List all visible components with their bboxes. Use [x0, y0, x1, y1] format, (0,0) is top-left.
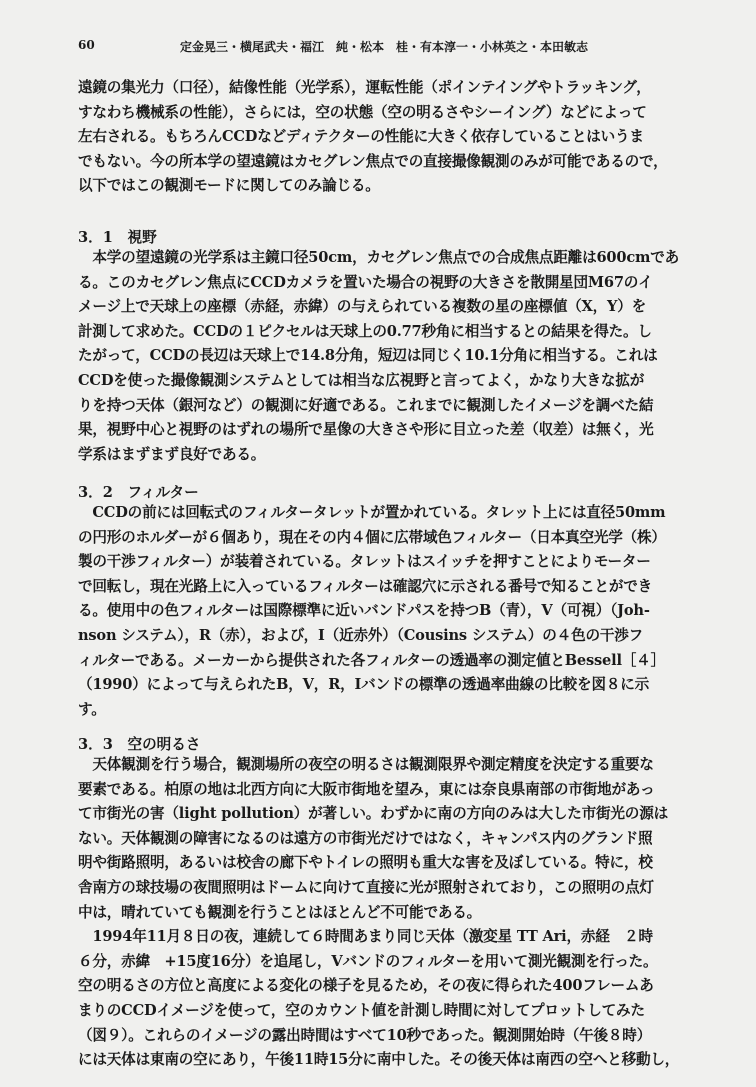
text-line: 計測して求めた。CCDの１ピクセルは天球上の0.77秒角に相当するとの結果を得た… [78, 320, 718, 345]
text-line: 1994年11月８日の夜，連続して６時間あまり同じ天体（激変星 TT Ari，赤… [78, 925, 718, 950]
text-line: ない。天体観測の障害になるのは遠方の市街光だけではなく，キャンパス内のグランド照 [78, 827, 718, 852]
section-heading-3-3: 3．3 空の明るさ [78, 733, 200, 754]
intro-paragraph: 遠鏡の集光力（口径），結像性能（光学系），運転性能（ポインテイングやトラッキング… [78, 76, 718, 199]
text-line: まりのCCDイメージを使って，空のカウント値を計測し時間に対してプロットしてみた [78, 999, 718, 1024]
page-number: 60 [78, 38, 95, 52]
text-line: ィルターである。メーカーから提供された各フィルターの透過率の測定値とBessel… [78, 649, 718, 674]
text-line: CCDを使った撮像観測システムとしては相当な広視野と言ってよく，かなり大きな拡が [78, 369, 718, 394]
section-heading-3-1: 3．1 視野 [78, 226, 157, 247]
text-line: メージ上で天球上の座標（赤経，赤緯）の与えられている複数の星の座標値（X，Y）を [78, 295, 718, 320]
section-heading-3-2: 3．2 フィルター [78, 481, 199, 502]
text-line: 以下ではこの観測モードに関してのみ論じる。 [78, 174, 718, 199]
section-3-2-body: CCDの前には回転式のフィルタータレットが置かれている。タレット上には直径50m… [78, 501, 718, 722]
text-line: りを持つ天体（銀河など）の観測に好適である。これまでに観測したイメージを調べた結 [78, 394, 718, 419]
text-line: すなわち機械系の性能），さらには，空の状態（空の明るさやシーイング）などによって [78, 101, 718, 126]
text-line: す。 [78, 698, 718, 723]
text-line: る。このカセグレン焦点にCCDカメラを置いた場合の視野の大きさを散開星団M67の… [78, 271, 718, 296]
text-line: nson システム），R（赤），および，I（近赤外）（Cousins システム）… [78, 624, 718, 649]
section-3-1-body: 本学の望遠鏡の光学系は主鏡口径50cm，カセグレン焦点での合成焦点距離は600c… [78, 246, 718, 467]
text-line: CCDの前には回転式のフィルタータレットが置かれている。タレット上には直径50m… [78, 501, 718, 526]
text-line: ６分，赤緯 +15度16分）を追尾し，Vバンドのフィルターを用いて測光観測を行っ… [78, 950, 718, 975]
text-line: には天体は東南の空にあり，午後11時15分に南中した。その後天体は南西の空へと移… [78, 1048, 718, 1073]
text-line: 学系はまずまず良好である。 [78, 443, 718, 468]
text-line: で回転し，現在光路上に入っているフィルターは確認穴に示される番号で知ることができ [78, 575, 718, 600]
text-line: 天体観測を行う場合，観測場所の夜空の明るさは観測限界や測定精度を決定する重要な [78, 753, 718, 778]
text-line: る。使用中の色フィルターは国際標準に近いバンドパスを持つB（青），V（可視）（J… [78, 599, 718, 624]
text-line: 中は，晴れていても観測を行うことはほとんど不可能である。 [78, 901, 718, 926]
text-line: 要素である。柏原の地は北西方向に大阪市街地を望み，東には奈良県南部の市街地があっ [78, 778, 718, 803]
text-line: 空の明るさの方位と高度による変化の様子を見るため，その夜に得られた400フレーム… [78, 974, 718, 999]
text-line: 製の干渉フィルター）が装着されている。タレットはスイッチを押すことによりモーター [78, 550, 718, 575]
text-line: て市街光の害（light pollution）が著しい。わずかに南の方向のみは大… [78, 802, 718, 827]
text-line: 遠鏡の集光力（口径），結像性能（光学系），運転性能（ポインテイングやトラッキング… [78, 76, 718, 101]
text-line: でもない。今の所本学の望遠鏡はカセグレン焦点での直接撮像観測のみが可能であるので… [78, 150, 718, 175]
text-line: たがって，CCDの長辺は天球上で14.8分角，短辺は同じく10.1分角に相当する… [78, 344, 718, 369]
text-line: （図９）。これらのイメージの露出時間はすべて10秒であった。観測開始時（午後８時… [78, 1024, 718, 1049]
page-header: 60 定金晃三・横尾武夫・福江 純・松本 桂・有本淳一・小林英之・本田敏志 [78, 38, 718, 58]
text-line: 明や街路照明，あるいは校舎の廊下やトイレの照明も重大な害を及ぼしている。特に，校 [78, 851, 718, 876]
text-line: （1990）によって与えられたB，V，R，Iバンドの標準の透過率曲線の比較を図８… [78, 673, 718, 698]
text-line: 本学の望遠鏡の光学系は主鏡口径50cm，カセグレン焦点での合成焦点距離は600c… [78, 246, 718, 271]
running-header-authors: 定金晃三・横尾武夫・福江 純・松本 桂・有本淳一・小林英之・本田敏志 [180, 38, 588, 55]
text-line: 左右される。もちろんCCDなどディテクターの性能に大きく依存していることはいうま [78, 125, 718, 150]
text-line: の円形のホルダーが６個あり，現在その内４個に広帯域色フィルター（日本真空光学（株… [78, 526, 718, 551]
section-3-3-body: 天体観測を行う場合，観測場所の夜空の明るさは観測限界や測定精度を決定する重要な … [78, 753, 718, 1073]
text-line: 果，視野中心と視野のはずれの場所で星像の大きさや形に目立った差（収差）は無く，光 [78, 418, 718, 443]
text-line: 舎南方の球技場の夜間照明はドームに向けて直接に光が照射されており，この照明の点灯 [78, 876, 718, 901]
